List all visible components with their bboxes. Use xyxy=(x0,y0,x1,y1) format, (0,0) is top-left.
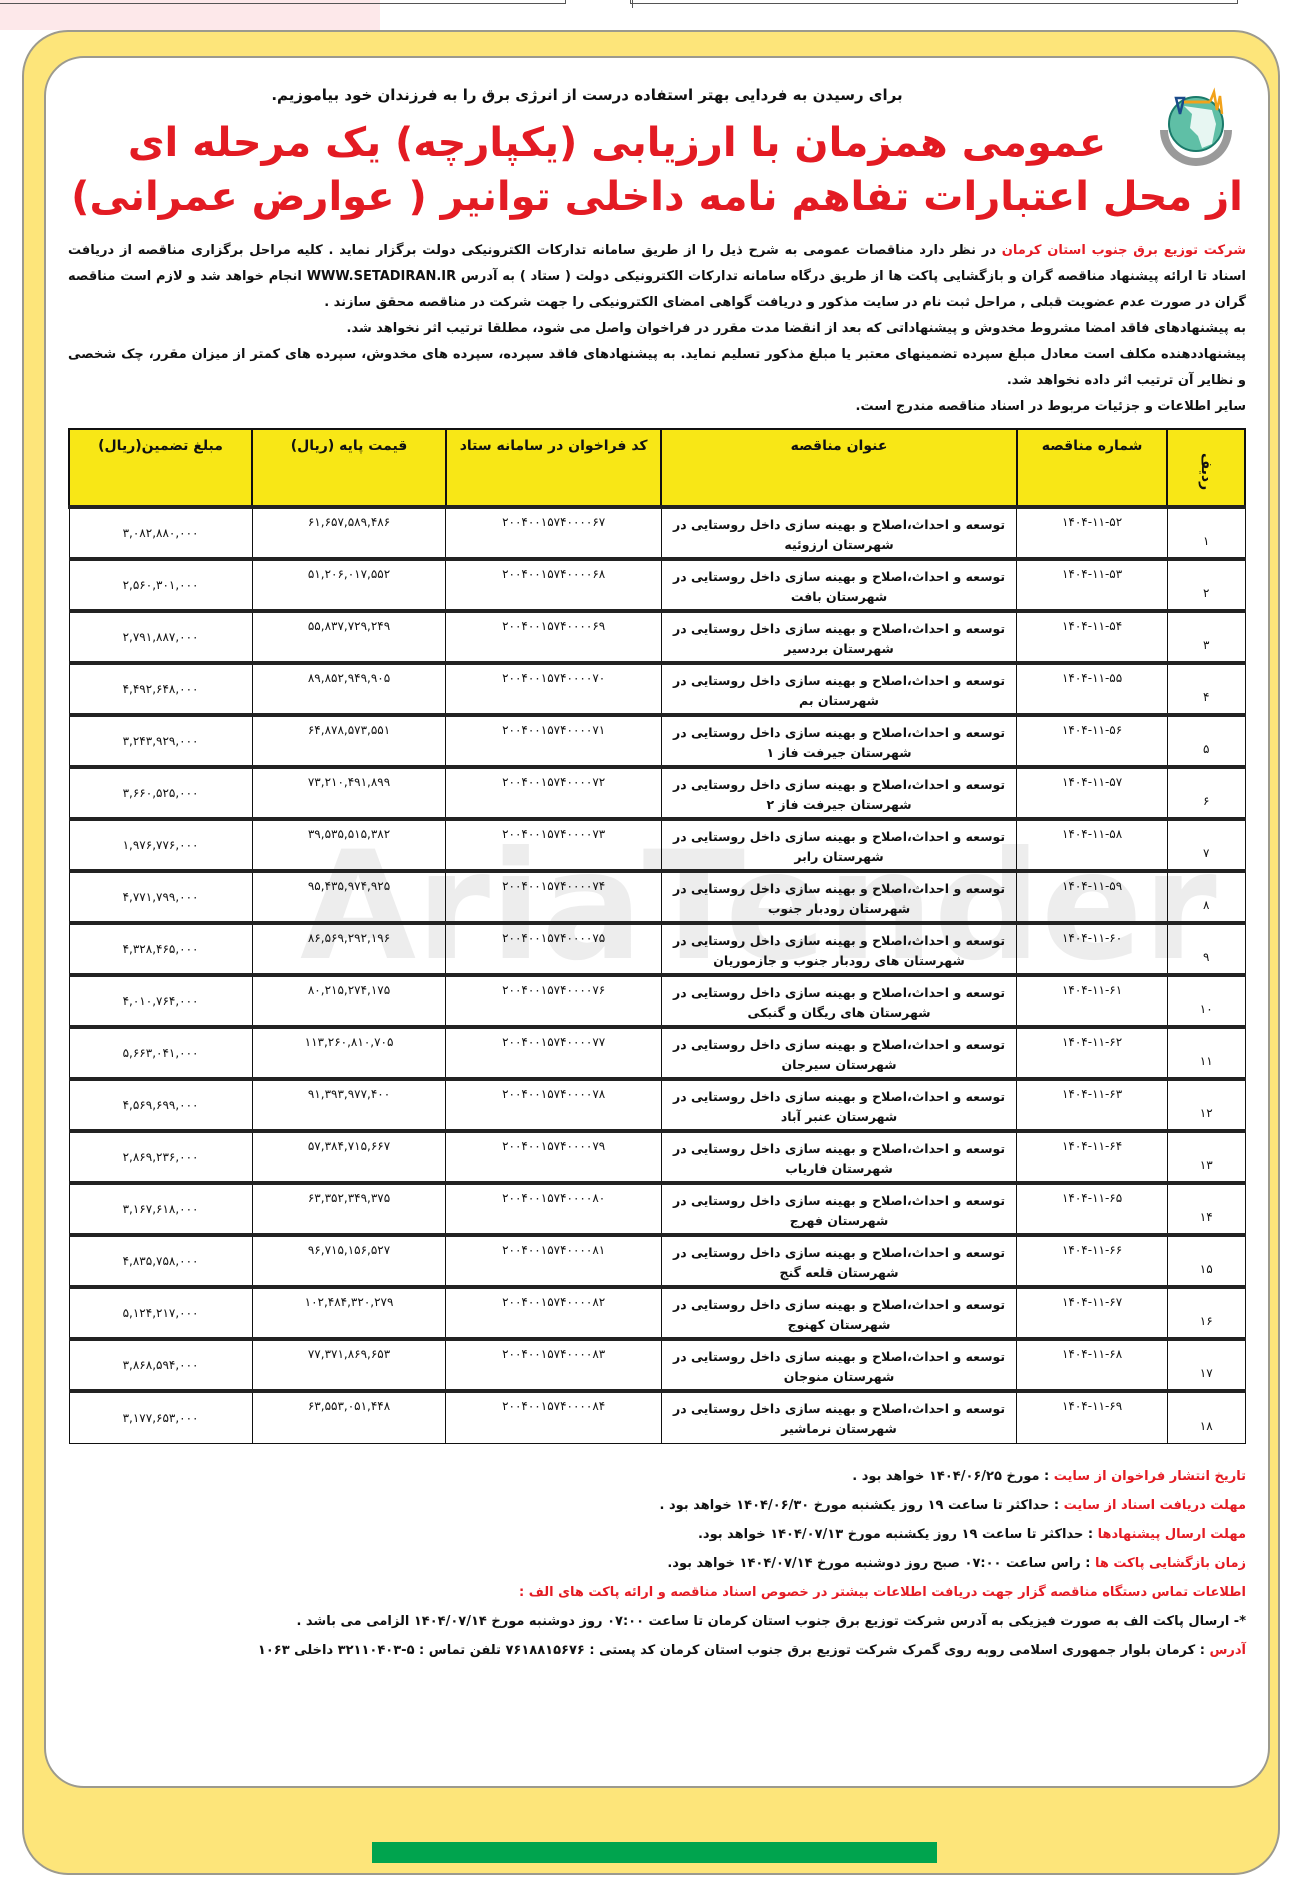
page-title-line-1: عمومی همزمان با ارزیابی (یکپارچه) یک مرح… xyxy=(68,120,1246,166)
setad-code: ۲۰۰۴۰۰۱۵۷۴۰۰۰۰۷۵ xyxy=(446,923,661,975)
row-index: ۵ xyxy=(1167,715,1245,767)
tender-number: ۱۴۰۴-۱۱-۵۲ xyxy=(1017,507,1168,559)
setad-code: ۲۰۰۴۰۰۱۵۷۴۰۰۰۰۷۸ xyxy=(446,1079,661,1131)
tender-number: ۱۴۰۴-۱۱-۶۶ xyxy=(1017,1235,1168,1287)
tender-title: توسعه و احداث،اصلاح و بهینه سازی داخل رو… xyxy=(661,559,1016,611)
setad-code: ۲۰۰۴۰۰۱۵۷۴۰۰۰۰۸۴ xyxy=(446,1391,661,1443)
table-row: ۳۱۴۰۴-۱۱-۵۴توسعه و احداث،اصلاح و بهینه س… xyxy=(69,611,1245,663)
tender-number: ۱۴۰۴-۱۱-۵۴ xyxy=(1017,611,1168,663)
tender-title: توسعه و احداث،اصلاح و بهینه سازی داخل رو… xyxy=(661,1079,1016,1131)
row-index: ۱۶ xyxy=(1167,1287,1245,1339)
header-number: شماره مناقصه xyxy=(1017,429,1168,507)
table-row: ۹۱۴۰۴-۱۱-۶۰توسعه و احداث،اصلاح و بهینه س… xyxy=(69,923,1245,975)
guarantee-amount: ۳,۶۶۰,۵۲۵,۰۰۰ xyxy=(69,767,252,819)
row-index: ۱۴ xyxy=(1167,1183,1245,1235)
tender-number: ۱۴۰۴-۱۱-۵۹ xyxy=(1017,871,1168,923)
submit-deadline: مهلت ارسال پیشنهادها : حداکثر تا ساعت ۱۹… xyxy=(68,1520,1246,1549)
row-index: ۳ xyxy=(1167,611,1245,663)
setad-code: ۲۰۰۴۰۰۱۵۷۴۰۰۰۰۶۷ xyxy=(446,507,661,559)
clipped-box-right xyxy=(630,0,1238,4)
address: آدرس : کرمان بلوار جمهوری اسلامی روبه رو… xyxy=(68,1636,1246,1665)
tender-number: ۱۴۰۴-۱۱-۵۸ xyxy=(1017,819,1168,871)
guarantee-amount: ۴,۵۶۹,۶۹۹,۰۰۰ xyxy=(69,1079,252,1131)
row-index: ۱۰ xyxy=(1167,975,1245,1027)
table-body: ۱۱۴۰۴-۱۱-۵۲توسعه و احداث،اصلاح و بهینه س… xyxy=(69,507,1245,1443)
header-guarantee: مبلغ تضمین(ریال) xyxy=(69,429,252,507)
base-price: ۶۳,۵۵۳,۰۵۱,۴۴۸ xyxy=(252,1391,446,1443)
header-base-price: قیمت پایه (ریال) xyxy=(252,429,446,507)
tender-title: توسعه و احداث،اصلاح و بهینه سازی داخل رو… xyxy=(661,715,1016,767)
table-row: ۱۸۱۴۰۴-۱۱-۶۹توسعه و احداث،اصلاح و بهینه … xyxy=(69,1391,1245,1443)
row-index: ۱۱ xyxy=(1167,1027,1245,1079)
base-price: ۸۰,۲۱۵,۲۷۴,۱۷۵ xyxy=(252,975,446,1027)
setad-code: ۲۰۰۴۰۰۱۵۷۴۰۰۰۰۸۰ xyxy=(446,1183,661,1235)
table-row: ۱۵۱۴۰۴-۱۱-۶۶توسعه و احداث،اصلاح و بهینه … xyxy=(69,1235,1245,1287)
setad-code: ۲۰۰۴۰۰۱۵۷۴۰۰۰۰۸۱ xyxy=(446,1235,661,1287)
tender-number: ۱۴۰۴-۱۱-۶۸ xyxy=(1017,1339,1168,1391)
tender-title: توسعه و احداث،اصلاح و بهینه سازی داخل رو… xyxy=(661,1183,1016,1235)
table-row: ۱۴۱۴۰۴-۱۱-۶۵توسعه و احداث،اصلاح و بهینه … xyxy=(69,1183,1245,1235)
tender-title: توسعه و احداث،اصلاح و بهینه سازی داخل رو… xyxy=(661,923,1016,975)
setad-code: ۲۰۰۴۰۰۱۵۷۴۰۰۰۰۸۳ xyxy=(446,1339,661,1391)
slogan: برای رسیدن به فردایی بهتر استفاده درست ا… xyxy=(68,86,1246,104)
guarantee-amount: ۴,۴۹۲,۶۴۸,۰۰۰ xyxy=(69,663,252,715)
company-logo-icon xyxy=(1154,84,1238,168)
guarantee-amount: ۳,۰۸۲,۸۸۰,۰۰۰ xyxy=(69,507,252,559)
header-title: عنوان مناقصه xyxy=(661,429,1016,507)
header-idx: ردیف xyxy=(1167,429,1245,507)
table-row: ۸۱۴۰۴-۱۱-۵۹توسعه و احداث،اصلاح و بهینه س… xyxy=(69,871,1245,923)
guarantee-amount: ۴,۳۲۸,۴۶۵,۰۰۰ xyxy=(69,923,252,975)
intro-paragraph-2: به پیشنهادهای فاقد امضا مشروط مخدوش و پی… xyxy=(68,316,1246,342)
base-price: ۹۱,۳۹۳,۹۷۷,۴۰۰ xyxy=(252,1079,446,1131)
base-price: ۶۱,۶۵۷,۵۸۹,۴۸۶ xyxy=(252,507,446,559)
tender-title: توسعه و احداث،اصلاح و بهینه سازی داخل رو… xyxy=(661,1131,1016,1183)
footer-info: تاریخ انتشار فراخوان از سایت : مورخ ۱۴۰۴… xyxy=(68,1462,1246,1665)
base-price: ۷۳,۲۱۰,۴۹۱,۸۹۹ xyxy=(252,767,446,819)
tender-number: ۱۴۰۴-۱۱-۶۵ xyxy=(1017,1183,1168,1235)
intro-paragraph-4: سایر اطلاعات و جزئیات مربوط در اسناد منا… xyxy=(68,394,1246,420)
intro-text: شرکت توزیع برق جنوب استان کرمان در نظر د… xyxy=(68,238,1246,420)
setad-code: ۲۰۰۴۰۰۱۵۷۴۰۰۰۰۷۰ xyxy=(446,663,661,715)
guarantee-amount: ۴,۷۷۱,۷۹۹,۰۰۰ xyxy=(69,871,252,923)
tender-number: ۱۴۰۴-۱۱-۶۹ xyxy=(1017,1391,1168,1443)
tender-notice: برای رسیدن به فردایی بهتر استفاده درست ا… xyxy=(68,76,1246,1665)
tender-title: توسعه و احداث،اصلاح و بهینه سازی داخل رو… xyxy=(661,767,1016,819)
table-row: ۱۷۱۴۰۴-۱۱-۶۸توسعه و احداث،اصلاح و بهینه … xyxy=(69,1339,1245,1391)
table-header-row: ردیف شماره مناقصه عنوان مناقصه کد فراخوا… xyxy=(69,429,1245,507)
base-price: ۶۳,۳۵۲,۳۴۹,۳۷۵ xyxy=(252,1183,446,1235)
tender-title: توسعه و احداث،اصلاح و بهینه سازی داخل رو… xyxy=(661,507,1016,559)
table-row: ۵۱۴۰۴-۱۱-۵۶توسعه و احداث،اصلاح و بهینه س… xyxy=(69,715,1245,767)
tender-number: ۱۴۰۴-۱۱-۶۳ xyxy=(1017,1079,1168,1131)
tender-title: توسعه و احداث،اصلاح و بهینه سازی داخل رو… xyxy=(661,663,1016,715)
tender-title: توسعه و احداث،اصلاح و بهینه سازی داخل رو… xyxy=(661,611,1016,663)
table-row: ۱۲۱۴۰۴-۱۱-۶۳توسعه و احداث،اصلاح و بهینه … xyxy=(69,1079,1245,1131)
base-price: ۸۶,۵۶۹,۲۹۲,۱۹۶ xyxy=(252,923,446,975)
company-name: شرکت توزیع برق جنوب استان کرمان xyxy=(1002,243,1246,258)
setad-code: ۲۰۰۴۰۰۱۵۷۴۰۰۰۰۷۴ xyxy=(446,871,661,923)
base-price: ۳۹,۵۳۵,۵۱۵,۳۸۲ xyxy=(252,819,446,871)
guarantee-amount: ۲,۷۹۱,۸۸۷,۰۰۰ xyxy=(69,611,252,663)
table-row: ۱۱۴۰۴-۱۱-۵۲توسعه و احداث،اصلاح و بهینه س… xyxy=(69,507,1245,559)
contact-heading: اطلاعات تماس دستگاه مناقصه گزار جهت دریا… xyxy=(68,1578,1246,1607)
tender-number: ۱۴۰۴-۱۱-۵۵ xyxy=(1017,663,1168,715)
header-code: کد فراخوان در سامانه ستاد xyxy=(446,429,661,507)
setad-code: ۲۰۰۴۰۰۱۵۷۴۰۰۰۰۶۸ xyxy=(446,559,661,611)
setad-code: ۲۰۰۴۰۰۱۵۷۴۰۰۰۰۶۹ xyxy=(446,611,661,663)
base-price: ۷۷,۳۷۱,۸۶۹,۶۵۳ xyxy=(252,1339,446,1391)
setad-code: ۲۰۰۴۰۰۱۵۷۴۰۰۰۰۷۶ xyxy=(446,975,661,1027)
base-price: ۶۴,۸۷۸,۵۷۳,۵۵۱ xyxy=(252,715,446,767)
intro-paragraph-1: شرکت توزیع برق جنوب استان کرمان در نظر د… xyxy=(68,238,1246,316)
row-index: ۱۲ xyxy=(1167,1079,1245,1131)
tenders-table: ردیف شماره مناقصه عنوان مناقصه کد فراخوا… xyxy=(68,428,1246,1444)
base-price: ۵۱,۲۰۶,۰۱۷,۵۵۲ xyxy=(252,559,446,611)
base-price: ۸۹,۸۵۲,۹۴۹,۹۰۵ xyxy=(252,663,446,715)
clipped-box-left xyxy=(0,0,566,4)
tender-number: ۱۴۰۴-۱۱-۵۶ xyxy=(1017,715,1168,767)
setad-code: ۲۰۰۴۰۰۱۵۷۴۰۰۰۰۷۳ xyxy=(446,819,661,871)
opening-time: زمان بازگشایی پاکت ها : راس ساعت ۰۷:۰۰ ص… xyxy=(68,1549,1246,1578)
guarantee-amount: ۳,۲۴۳,۹۲۹,۰۰۰ xyxy=(69,715,252,767)
guarantee-amount: ۱,۹۷۶,۷۷۶,۰۰۰ xyxy=(69,819,252,871)
tender-number: ۱۴۰۴-۱۱-۶۴ xyxy=(1017,1131,1168,1183)
setad-code: ۲۰۰۴۰۰۱۵۷۴۰۰۰۰۷۲ xyxy=(446,767,661,819)
guarantee-amount: ۲,۵۶۰,۳۰۱,۰۰۰ xyxy=(69,559,252,611)
guarantee-amount: ۵,۶۶۳,۰۴۱,۰۰۰ xyxy=(69,1027,252,1079)
tender-number: ۱۴۰۴-۱۱-۶۰ xyxy=(1017,923,1168,975)
setad-code: ۲۰۰۴۰۰۱۵۷۴۰۰۰۰۷۹ xyxy=(446,1131,661,1183)
guarantee-amount: ۳,۸۶۸,۵۹۴,۰۰۰ xyxy=(69,1339,252,1391)
base-price: ۹۵,۴۳۵,۹۷۴,۹۲۵ xyxy=(252,871,446,923)
row-index: ۹ xyxy=(1167,923,1245,975)
row-index: ۷ xyxy=(1167,819,1245,871)
tender-number: ۱۴۰۴-۱۱-۶۷ xyxy=(1017,1287,1168,1339)
base-price: ۹۶,۷۱۵,۱۵۶,۵۲۷ xyxy=(252,1235,446,1287)
row-index: ۱۷ xyxy=(1167,1339,1245,1391)
row-index: ۴ xyxy=(1167,663,1245,715)
row-index: ۱۳ xyxy=(1167,1131,1245,1183)
row-index: ۸ xyxy=(1167,871,1245,923)
row-index: ۱۵ xyxy=(1167,1235,1245,1287)
row-index: ۱۸ xyxy=(1167,1391,1245,1443)
intro-paragraph-3: پیشنهاددهنده مکلف است معادل مبلغ سپرده ت… xyxy=(68,342,1246,394)
table-row: ۲۱۴۰۴-۱۱-۵۳توسعه و احداث،اصلاح و بهینه س… xyxy=(69,559,1245,611)
row-index: ۶ xyxy=(1167,767,1245,819)
guarantee-amount: ۴,۰۱۰,۷۶۴,۰۰۰ xyxy=(69,975,252,1027)
base-price: ۱۰۲,۴۸۴,۳۲۰,۲۷۹ xyxy=(252,1287,446,1339)
tender-title: توسعه و احداث،اصلاح و بهینه سازی داخل رو… xyxy=(661,1235,1016,1287)
publish-date: تاریخ انتشار فراخوان از سایت : مورخ ۱۴۰۴… xyxy=(68,1462,1246,1491)
setad-code: ۲۰۰۴۰۰۱۵۷۴۰۰۰۰۷۱ xyxy=(446,715,661,767)
guarantee-amount: ۲,۸۶۹,۲۳۶,۰۰۰ xyxy=(69,1131,252,1183)
table-row: ۱۳۱۴۰۴-۱۱-۶۴توسعه و احداث،اصلاح و بهینه … xyxy=(69,1131,1245,1183)
guarantee-amount: ۵,۱۲۴,۲۱۷,۰۰۰ xyxy=(69,1287,252,1339)
guarantee-amount: ۳,۱۶۷,۶۱۸,۰۰۰ xyxy=(69,1183,252,1235)
tender-title: توسعه و احداث،اصلاح و بهینه سازی داخل رو… xyxy=(661,1027,1016,1079)
table-row: ۱۶۱۴۰۴-۱۱-۶۷توسعه و احداث،اصلاح و بهینه … xyxy=(69,1287,1245,1339)
guarantee-amount: ۳,۱۷۷,۶۵۳,۰۰۰ xyxy=(69,1391,252,1443)
page-title-line-2: از محل اعتبارات تفاهم نامه داخلی توانیر … xyxy=(68,174,1246,220)
base-price: ۱۱۳,۲۶۰,۸۱۰,۷۰۵ xyxy=(252,1027,446,1079)
table-row: ۱۱۱۴۰۴-۱۱-۶۲توسعه و احداث،اصلاح و بهینه … xyxy=(69,1027,1245,1079)
tender-number: ۱۴۰۴-۱۱-۵۳ xyxy=(1017,559,1168,611)
tender-title: توسعه و احداث،اصلاح و بهینه سازی داخل رو… xyxy=(661,1391,1016,1443)
green-bottom-bar xyxy=(372,1842,937,1863)
table-row: ۱۰۱۴۰۴-۱۱-۶۱توسعه و احداث،اصلاح و بهینه … xyxy=(69,975,1245,1027)
tender-title: توسعه و احداث،اصلاح و بهینه سازی داخل رو… xyxy=(661,1287,1016,1339)
tender-title: توسعه و احداث،اصلاح و بهینه سازی داخل رو… xyxy=(661,871,1016,923)
tender-number: ۱۴۰۴-۱۱-۶۲ xyxy=(1017,1027,1168,1079)
setad-code: ۲۰۰۴۰۰۱۵۷۴۰۰۰۰۷۷ xyxy=(446,1027,661,1079)
row-index: ۱ xyxy=(1167,507,1245,559)
docs-deadline: مهلت دریافت اسناد از سایت : حداکثر تا سا… xyxy=(68,1491,1246,1520)
base-price: ۵۷,۳۸۴,۷۱۵,۶۶۷ xyxy=(252,1131,446,1183)
tender-number: ۱۴۰۴-۱۱-۶۱ xyxy=(1017,975,1168,1027)
tender-title: توسعه و احداث،اصلاح و بهینه سازی داخل رو… xyxy=(661,1339,1016,1391)
table-row: ۴۱۴۰۴-۱۱-۵۵توسعه و احداث،اصلاح و بهینه س… xyxy=(69,663,1245,715)
guarantee-amount: ۴,۸۳۵,۷۵۸,۰۰۰ xyxy=(69,1235,252,1287)
tender-title: توسعه و احداث،اصلاح و بهینه سازی داخل رو… xyxy=(661,975,1016,1027)
setad-code: ۲۰۰۴۰۰۱۵۷۴۰۰۰۰۸۲ xyxy=(446,1287,661,1339)
watermark-banner xyxy=(0,0,380,30)
tender-number: ۱۴۰۴-۱۱-۵۷ xyxy=(1017,767,1168,819)
base-price: ۵۵,۸۳۷,۷۲۹,۲۴۹ xyxy=(252,611,446,663)
table-row: ۷۱۴۰۴-۱۱-۵۸توسعه و احداث،اصلاح و بهینه س… xyxy=(69,819,1245,871)
row-index: ۲ xyxy=(1167,559,1245,611)
packet-note: *- ارسال پاکت الف به صورت فیزیکی به آدرس… xyxy=(68,1607,1246,1636)
table-row: ۶۱۴۰۴-۱۱-۵۷توسعه و احداث،اصلاح و بهینه س… xyxy=(69,767,1245,819)
top-clipped-strip xyxy=(0,0,1294,30)
tender-title: توسعه و احداث،اصلاح و بهینه سازی داخل رو… xyxy=(661,819,1016,871)
